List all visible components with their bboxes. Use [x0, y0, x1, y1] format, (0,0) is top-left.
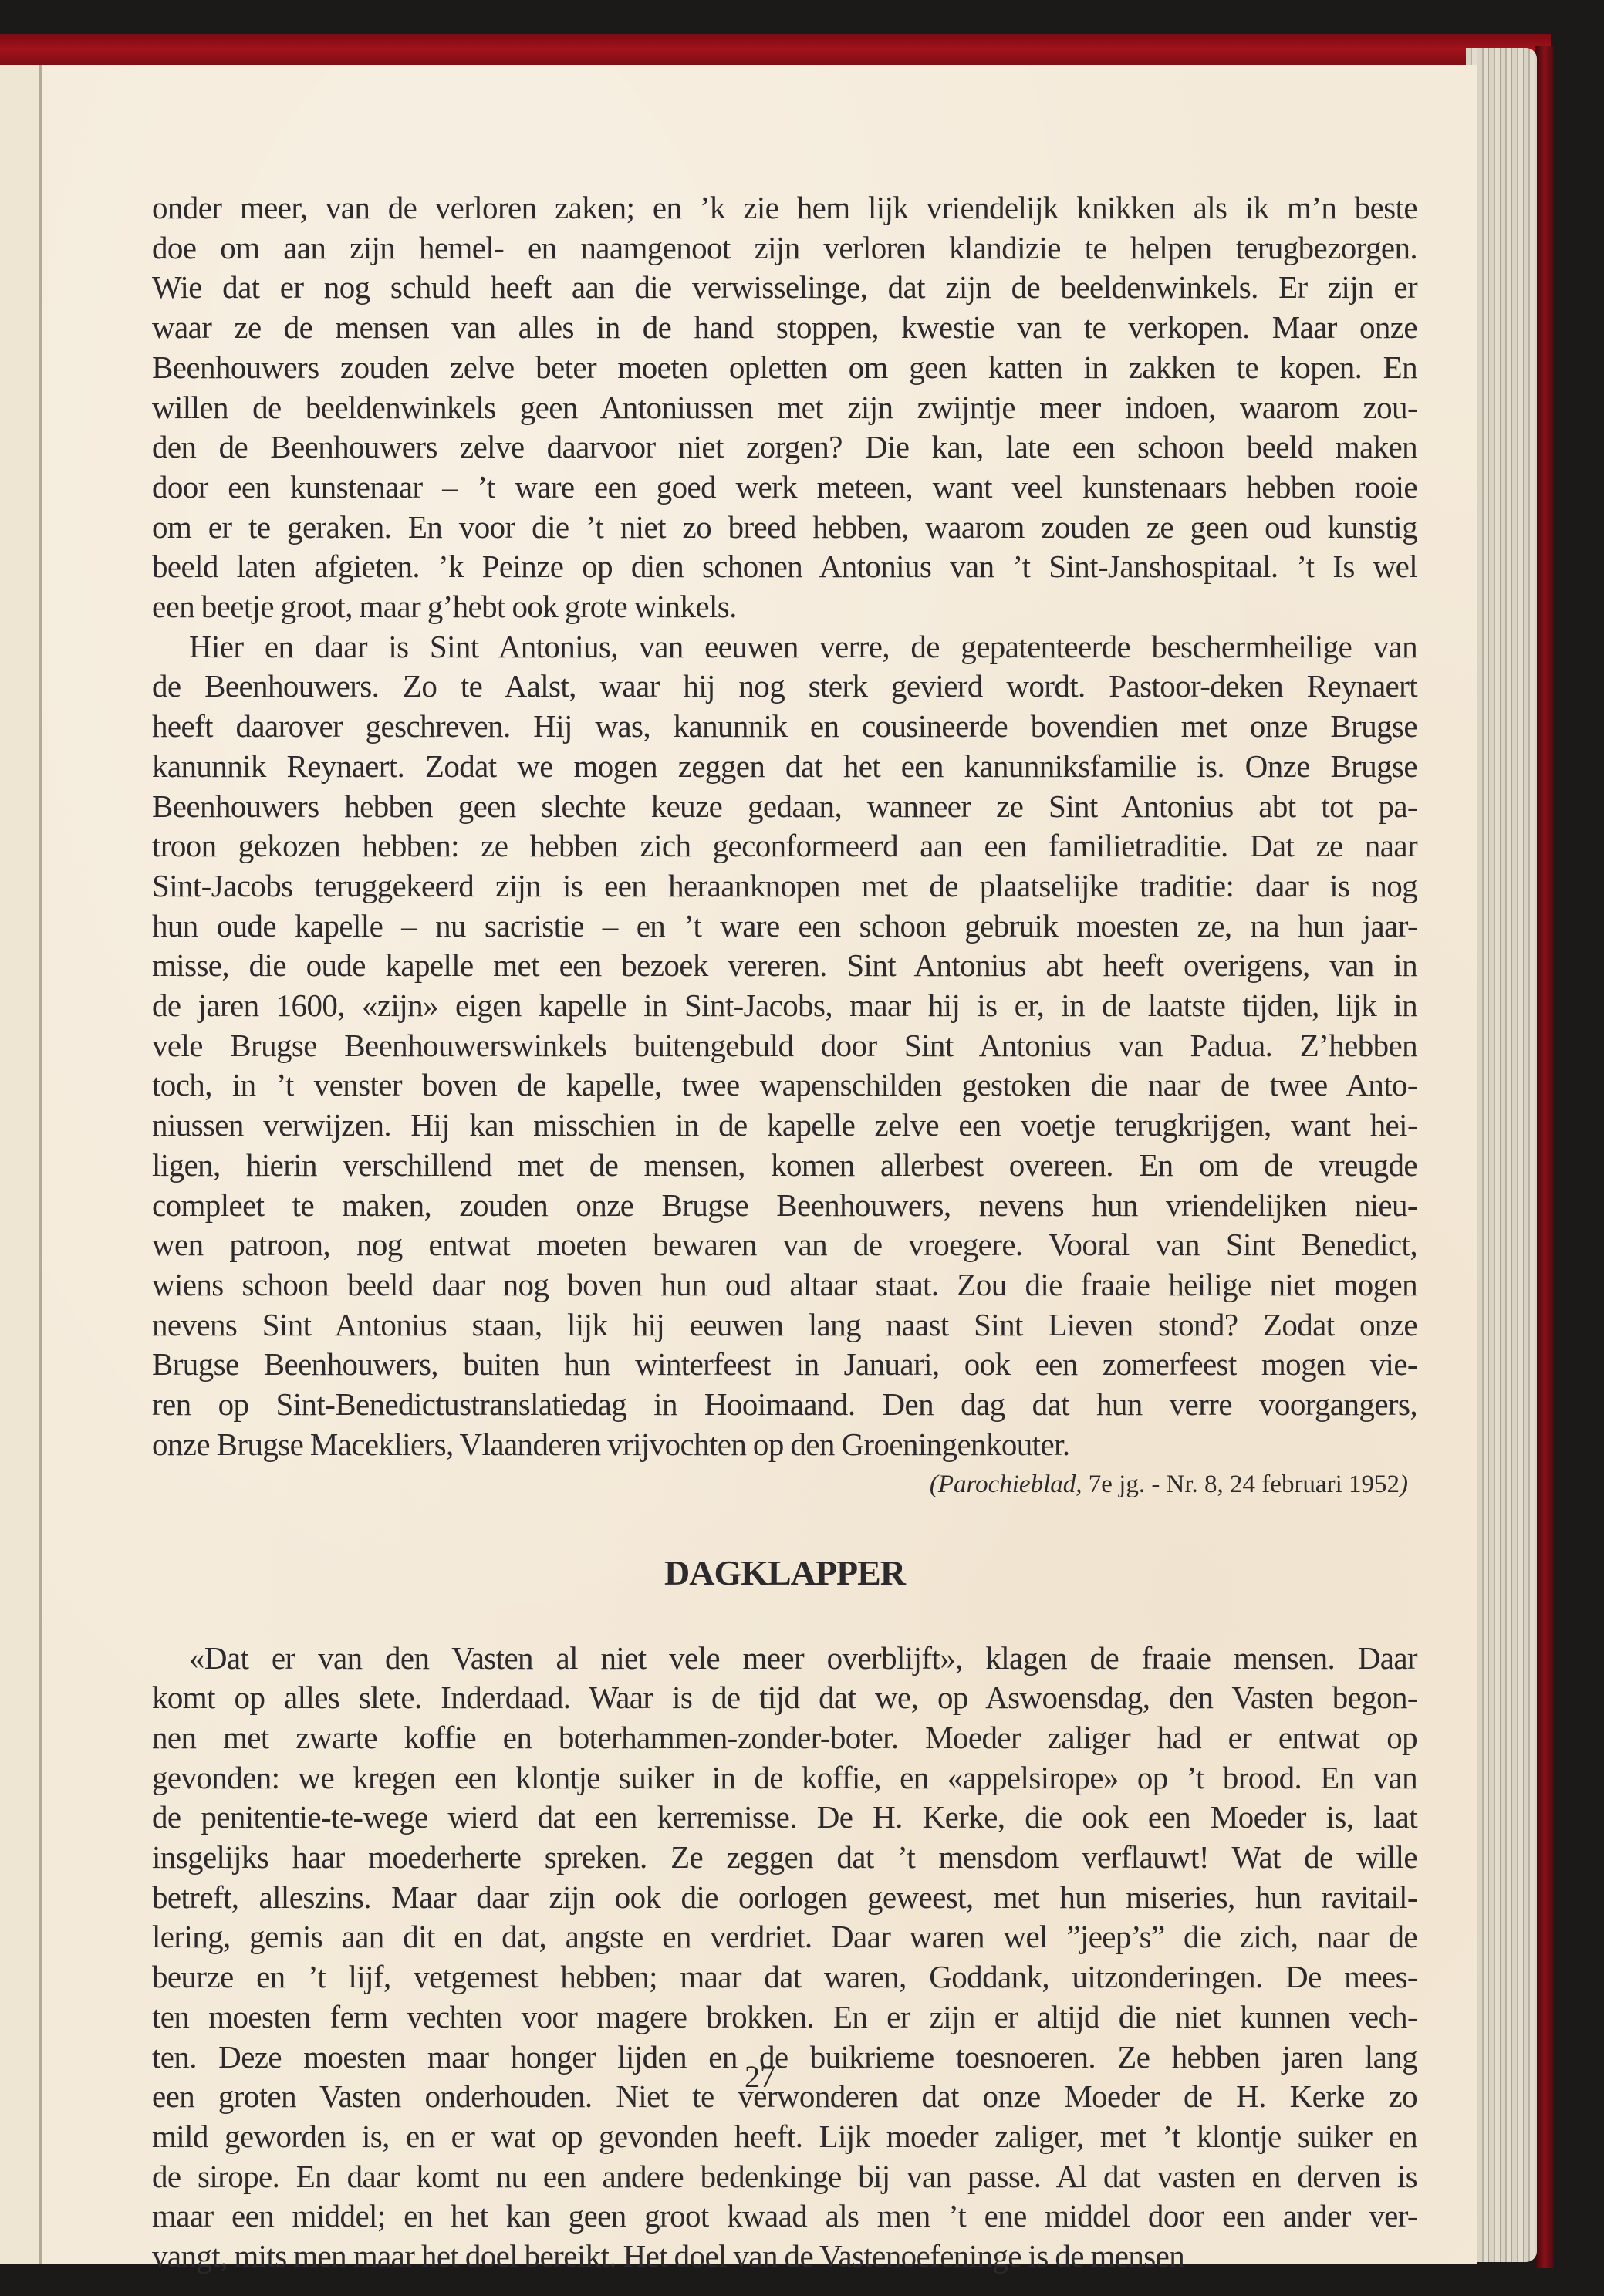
text-line: beurze en ’t lijf, vetgemest hebben; maa… [152, 1957, 1417, 1997]
book-binding-red-edge-right [1535, 46, 1554, 2268]
text-line: mild geworden is, en er wat op gevonden … [152, 2117, 1417, 2157]
text-line: komt op alles slete. Inderdaad. Waar is … [152, 1678, 1417, 1718]
text-line: gevonden: we kregen een klontje suiker i… [152, 1758, 1417, 1798]
source-citation: (Parochieblad, 7e jg. - Nr. 8, 24 februa… [152, 1465, 1417, 1504]
section-heading: DAGKLAPPER [152, 1550, 1417, 1596]
text-line: door een kunstenaar – ’t ware een goed w… [152, 468, 1417, 508]
text-line: troon gekozen hebben: ze hebben zich gec… [152, 826, 1417, 866]
text-line: wen patroon, nog entwat moeten bewaren v… [152, 1225, 1417, 1265]
paragraph: Hier en daar is Sint Antonius, van eeuwe… [152, 627, 1417, 1465]
previous-page-edge [0, 65, 42, 2264]
text-line: maar een middel; en het kan geen groot k… [152, 2196, 1417, 2237]
page-number: 27 [42, 2058, 1477, 2095]
text-line: Brugse Beenhouwers, buiten hun winterfee… [152, 1345, 1417, 1385]
citation-details: 7e jg. - Nr. 8, 24 februari 1952 [1082, 1470, 1400, 1498]
text-line: «Dat er van den Vasten al niet vele meer… [152, 1639, 1417, 1679]
text-line: compleet te maken, zouden onze Brugse Be… [152, 1186, 1417, 1226]
paragraph: «Dat er van den Vasten al niet vele meer… [152, 1639, 1417, 2277]
citation-publication: Parochieblad, [938, 1470, 1082, 1498]
text-line: onder meer, van de verloren zaken; en ’k… [152, 188, 1417, 228]
text-line: wiens schoon beeld daar nog boven hun ou… [152, 1265, 1417, 1305]
text-line: Beenhouwers hebben geen slechte keuze ge… [152, 787, 1417, 827]
text-line: Wie dat er nog schuld heeft aan die verw… [152, 268, 1417, 308]
text-line: Beenhouwers zouden zelve beter moeten op… [152, 348, 1417, 388]
text-line: nevens Sint Antonius staan, lijk hij eeu… [152, 1305, 1417, 1346]
citation-open-paren: ( [930, 1470, 938, 1498]
text-line: de Beenhouwers. Zo te Aalst, waar hij no… [152, 667, 1417, 707]
text-line: niussen verwijzen. Hij kan misschien in … [152, 1106, 1417, 1146]
text-line: den de Beenhouwers zelve daarvoor niet z… [152, 427, 1417, 468]
text-line: de penitentie-te-wege wierd dat een kerr… [152, 1798, 1417, 1838]
text-line: lering, gemis aan dit en dat, angste en … [152, 1917, 1417, 1957]
text-line: waar ze de mensen van alles in de hand s… [152, 308, 1417, 348]
paragraph: onder meer, van de verloren zaken; en ’k… [152, 188, 1417, 627]
text-line: insgelijks haar moederherte spreken. Ze … [152, 1838, 1417, 1878]
text-line: Hier en daar is Sint Antonius, van eeuwe… [152, 627, 1417, 667]
text-line: om er te geraken. En voor die ’t niet zo… [152, 508, 1417, 548]
text-line: de sirope. En daar komt nu een andere be… [152, 2157, 1417, 2197]
text-line: kanunnik Reynaert. Zodat we mogen zeggen… [152, 747, 1417, 787]
text-line: hun oude kapelle – nu sacristie – en ’t … [152, 907, 1417, 947]
citation-close-paren: ) [1400, 1470, 1408, 1498]
text-line: willen de beeldenwinkels geen Antoniusse… [152, 388, 1417, 428]
text-line: vangt, mits men maar het doel bereikt. H… [152, 2237, 1417, 2277]
text-line: vele Brugse Beenhouwerswinkels buitengeb… [152, 1026, 1417, 1066]
text-line: een beetje groot, maar g’hebt ook grote … [152, 587, 1417, 627]
text-line: misse, die oude kapelle met een bezoek v… [152, 946, 1417, 986]
text-line: nen met zwarte koffie en boterhammen-zon… [152, 1718, 1417, 1758]
page-text-block: onder meer, van de verloren zaken; en ’k… [152, 188, 1417, 2277]
text-line: toch, in ’t venster boven de kapelle, tw… [152, 1065, 1417, 1106]
text-line: Sint-Jacobs teruggekeerd zijn is een her… [152, 866, 1417, 907]
text-line: ten moesten ferm vechten voor magere bro… [152, 1997, 1417, 2038]
text-line: onze Brugse Macekliers, Vlaanderen vrijv… [152, 1425, 1417, 1465]
text-line: heeft daarover geschreven. Hij was, kanu… [152, 707, 1417, 747]
text-line: de jaren 1600, «zijn» eigen kapelle in S… [152, 986, 1417, 1026]
text-line: doe om aan zijn hemel- en naamgenoot zij… [152, 228, 1417, 268]
book-page: onder meer, van de verloren zaken; en ’k… [42, 65, 1477, 2264]
text-line: ren op Sint-Benedictustranslatiedag in H… [152, 1385, 1417, 1425]
book-binding-red-edge-top [0, 34, 1551, 65]
text-line: ligen, hierin verschillend met de mensen… [152, 1146, 1417, 1186]
text-line: beeld laten afgieten. ’k Peinze op dien … [152, 547, 1417, 587]
text-line: betreft, alleszins. Maar daar zijn ook d… [152, 1878, 1417, 1918]
